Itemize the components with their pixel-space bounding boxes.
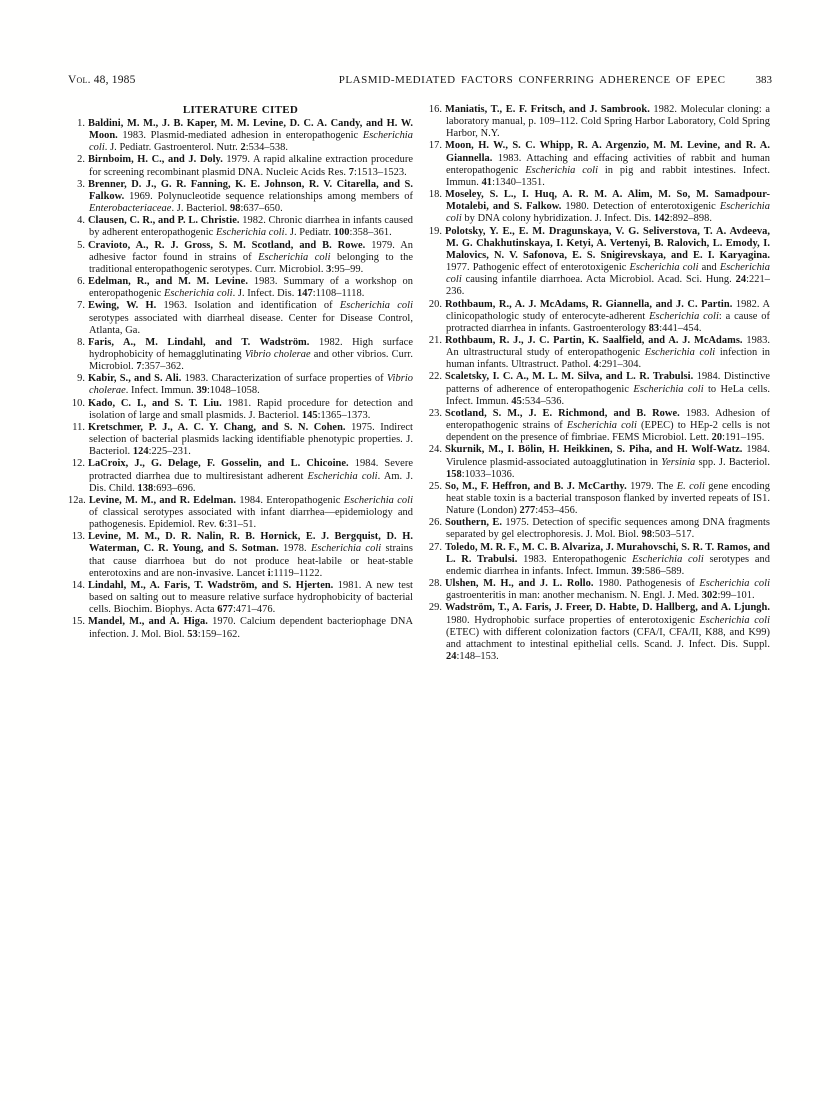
reference-text-segment: Clausen, C. R., and P. L. Christie. [88, 215, 240, 226]
reference-text-segment: :31–51. [224, 519, 256, 530]
reference-item: 17.Moon, H. W., S. C. Whipp, R. A. Argen… [425, 140, 770, 189]
reference-item: 22.Scaletsky, I. C. A., M. L. M. Silva, … [425, 371, 770, 407]
reference-text-segment: . J. Pediatr. Gastroenterol. Nutr. [105, 142, 241, 153]
reference-item: 1.Baldini, M. M., J. B. Kaper, M. M. Lev… [68, 118, 413, 154]
reference-text-segment: . J. Pediatr. [285, 227, 334, 238]
reference-text-segment: Faris, A., M. Lindahl, and T. Wadström. [88, 337, 309, 348]
reference-text-segment: Ulshen, M. H., and J. L. Rollo. [445, 578, 593, 589]
reference-text-segment: Rothbaum, R., A. J. McAdams, R. Giannell… [445, 299, 732, 310]
reference-number: 7. [68, 300, 85, 312]
right-column: 16.Maniatis, T., E. F. Fritsch, and J. S… [425, 104, 770, 663]
reference-text-segment: Birnboim, H. C., and J. Doly. [88, 154, 223, 165]
reference-text-segment: 20 [712, 432, 723, 443]
reference-text-segment: :892–898. [670, 213, 712, 224]
reference-item: 29.Wadström, T., A. Faris, J. Freer, D. … [425, 602, 770, 663]
reference-text-segment: 24 [446, 651, 457, 662]
reference-text-segment: Kabir, S., and S. Ali. [88, 373, 181, 384]
reference-text-segment: 1980. Pathogenesis of [593, 578, 699, 589]
reference-text-segment: 138 [138, 483, 154, 494]
reference-text-segment: Escherichia coli [645, 347, 716, 358]
reference-number: 17. [425, 140, 442, 152]
reference-text-segment: Yersinia [661, 457, 695, 468]
reference-text-segment: :95–99. [331, 264, 363, 275]
reference-text-segment: Vibrio cholerae [245, 349, 311, 360]
reference-text-segment: 1984. Enteropathogenic [236, 495, 344, 506]
reference-text-segment: :159–162. [198, 629, 240, 640]
reference-text-segment: 41 [482, 177, 493, 188]
reference-text-segment: Levine, M. M., and R. Edelman. [89, 495, 236, 506]
reference-text-segment: Escherichia coli [216, 227, 285, 238]
reference-text-segment: :1513–1523. [354, 167, 407, 178]
running-title: PLASMID-MEDIATED FACTORS CONFERRING ADHE… [339, 74, 726, 86]
reference-text-segment: :1365–1373. [318, 410, 371, 421]
reference-number: 25. [425, 481, 442, 493]
reference-text-segment: 1963. Isolation and identification of [156, 300, 340, 311]
reference-text-segment: Rothbaum, R. J., J. C. Partin, K. Saalfi… [445, 335, 743, 346]
reference-number: 23. [425, 408, 442, 420]
reference-text-segment: 158 [446, 469, 462, 480]
reference-number: 22. [425, 371, 442, 383]
reference-text-segment: Ewing, W. H. [88, 300, 156, 311]
reference-text-segment: 277 [520, 505, 536, 516]
reference-text-segment: Escherichia coli [567, 420, 637, 431]
reference-text-segment: E. coli [677, 481, 705, 492]
reference-text-segment: and [699, 262, 720, 273]
reference-text-segment: Escherichia coli [308, 471, 378, 482]
reference-text-segment: 24 [736, 274, 747, 285]
reference-text-segment: Escherichia coli [344, 495, 413, 506]
reference-item: 7.Ewing, W. H. 1963. Isolation and ident… [68, 300, 413, 336]
reference-number: 2. [68, 154, 85, 166]
references-section: LITERATURE CITED 1.Baldini, M. M., J. B.… [68, 104, 770, 663]
reference-text-segment: So, M., F. Heffron, and B. J. McCarthy. [445, 481, 627, 492]
reference-text-segment: Mandel, M., and A. Higa. [88, 616, 208, 627]
journal-page: Vol. 48, 1985 PLASMID-MEDIATED FACTORS C… [0, 0, 830, 1101]
reference-text-segment: . Infect. Immun. [126, 385, 197, 396]
reference-text-segment: 98 [641, 529, 652, 540]
reference-number: 24. [425, 444, 442, 456]
reference-number: 5. [68, 240, 85, 252]
reference-text-segment: (ETEC) with different colonization facto… [446, 627, 770, 650]
reference-item: 12a.Levine, M. M., and R. Edelman. 1984.… [68, 495, 413, 531]
reference-list-right: 16.Maniatis, T., E. F. Fritsch, and J. S… [425, 104, 770, 663]
reference-number: 29. [425, 602, 442, 614]
reference-number: 12. [68, 458, 85, 470]
section-title: LITERATURE CITED [68, 104, 413, 116]
reference-text-segment: Scotland, S. M., J. E. Richmond, and B. … [445, 408, 680, 419]
reference-text-segment: . J. Bacteriol. [171, 203, 230, 214]
reference-item: 5.Cravioto, A., R. J. Gross, S. M. Scotl… [68, 240, 413, 276]
reference-number: 28. [425, 578, 442, 590]
reference-text-segment: 147 [297, 288, 313, 299]
reference-item: 28.Ulshen, M. H., and J. L. Rollo. 1980.… [425, 578, 770, 602]
reference-item: 20.Rothbaum, R., A. J. McAdams, R. Giann… [425, 299, 770, 335]
reference-item: 15.Mandel, M., and A. Higa. 1970. Calciu… [68, 616, 413, 640]
reference-text-segment: :1119–1122. [271, 568, 323, 579]
reference-item: 27.Toledo, M. R. F., M. C. B. Alvariza, … [425, 542, 770, 578]
reference-number: 16. [425, 104, 442, 116]
reference-text-segment: 98 [230, 203, 241, 214]
reference-number: 13. [68, 531, 85, 543]
reference-text-segment: :471–476. [233, 604, 275, 615]
reference-text-segment: 142 [654, 213, 670, 224]
reference-text-segment: Escherichia coli [164, 288, 233, 299]
reference-text-segment: Kretschmer, P. J., A. C. Y. Chang, and S… [88, 422, 346, 433]
reference-text-segment: 1983. Plasmid-mediated adhesion in enter… [118, 130, 363, 141]
reference-number: 10. [68, 398, 85, 410]
reference-text-segment: :291–304. [599, 359, 641, 370]
reference-text-segment: 45 [511, 396, 522, 407]
reference-number: 3. [68, 179, 85, 191]
reference-text-segment: 1980. Hydrophobic surface properties of … [446, 615, 699, 626]
reference-text-segment: :1048–1058. [207, 385, 260, 396]
reference-number: 18. [425, 189, 442, 201]
reference-text-segment: :357–362. [142, 361, 184, 372]
reference-text-segment: 302 [702, 590, 718, 601]
reference-item: 10.Kado, C. I., and S. T. Liu. 1981. Rap… [68, 398, 413, 422]
reference-text-segment: :358–361. [350, 227, 392, 238]
reference-item: 24.Skurnik, M., I. Bölin, H. Heikkinen, … [425, 444, 770, 480]
reference-text-segment: gastroenteritis in man: another mechanis… [446, 590, 702, 601]
reference-number: 26. [425, 517, 442, 529]
reference-text-segment: causing infantile diarrhoea. Acta Microb… [462, 274, 736, 285]
reference-number: 21. [425, 335, 442, 347]
reference-text-segment: Polotsky, Y. E., E. M. Dragunskaya, V. G… [445, 226, 770, 261]
reference-text-segment: :1340–1351. [492, 177, 545, 188]
reference-item: 3.Brenner, D. J., G. R. Fanning, K. E. J… [68, 179, 413, 215]
reference-text-segment: Lindahl, M., A. Faris, T. Wadström, and … [88, 580, 333, 591]
reference-text-segment: Enterobacteriaceae [89, 203, 171, 214]
reference-item: 12.LaCroix, J., G. Delage, F. Gosselin, … [68, 458, 413, 494]
reference-text-segment: Escherichia coli [632, 554, 704, 565]
reference-list-left: 1.Baldini, M. M., J. B. Kaper, M. M. Lev… [68, 118, 413, 641]
page-header: Vol. 48, 1985 PLASMID-MEDIATED FACTORS C… [68, 74, 772, 86]
reference-text-segment: :441–454. [659, 323, 701, 334]
reference-item: 2.Birnboim, H. C., and J. Doly. 1979. A … [68, 154, 413, 178]
reference-text-segment: :1033–1036. [462, 469, 515, 480]
reference-text-segment: Skurnik, M., I. Bölin, H. Heikkinen, S. … [445, 444, 742, 455]
reference-item: 8.Faris, A., M. Lindahl, and T. Wadström… [68, 337, 413, 373]
reference-text-segment: 100 [334, 227, 350, 238]
reference-text-segment: by DNA colony hybridization. J. Infect. … [462, 213, 654, 224]
reference-text-segment: 39 [631, 566, 642, 577]
reference-text-segment: Escherichia coli [699, 578, 770, 589]
reference-item: 16.Maniatis, T., E. F. Fritsch, and J. S… [425, 104, 770, 140]
reference-number: 27. [425, 542, 442, 554]
reference-text-segment: Escherichia coli [340, 300, 413, 311]
reference-text-segment: :693–696. [153, 483, 195, 494]
reference-text-segment: :534–536. [522, 396, 564, 407]
reference-item: 9.Kabir, S., and S. Ali. 1983. Character… [68, 373, 413, 397]
reference-text-segment: . J. Infect. Dis. [233, 288, 297, 299]
reference-text-segment: 124 [133, 446, 149, 457]
reference-number: 11. [68, 422, 85, 434]
reference-text-segment: :148–153. [457, 651, 499, 662]
reference-text-segment: Maniatis, T., E. F. Fritsch, and J. Samb… [445, 104, 650, 115]
reference-item: 6.Edelman, R., and M. M. Levine. 1983. S… [68, 276, 413, 300]
reference-text-segment: 1978. [279, 543, 311, 554]
reference-text-segment: Escherichia coli [699, 615, 770, 626]
reference-number: 1. [68, 118, 85, 130]
reference-text-segment: Scaletsky, I. C. A., M. L. M. Silva, and… [445, 371, 693, 382]
reference-text-segment: Escherichia coli [630, 262, 699, 273]
reference-item: 13.Levine, M. M., D. R. Nalin, R. B. Hor… [68, 531, 413, 580]
reference-text-segment: 145 [302, 410, 318, 421]
reference-text-segment: :1108–1118. [313, 288, 365, 299]
reference-number: 19. [425, 226, 442, 238]
reference-text-segment: 677 [217, 604, 233, 615]
reference-text-segment: 53 [187, 629, 198, 640]
reference-number: 14. [68, 580, 85, 592]
reference-text-segment: Cravioto, A., R. J. Gross, S. M. Scotlan… [88, 240, 365, 251]
reference-text-segment: Edelman, R., and M. M. Levine. [88, 276, 248, 287]
reference-text-segment: Southern, E. [445, 517, 502, 528]
reference-text-segment: 1979. The [627, 481, 677, 492]
reference-number: 6. [68, 276, 85, 288]
reference-number: 4. [68, 215, 85, 227]
reference-item: 23.Scotland, S. M., J. E. Richmond, and … [425, 408, 770, 444]
reference-text-segment: serotypes associated with diarrheal dise… [89, 313, 413, 336]
reference-text-segment: :191–195. [722, 432, 764, 443]
reference-text-segment: :503–517. [652, 529, 694, 540]
reference-text-segment: Wadström, T., A. Faris, J. Freer, D. Hab… [445, 602, 770, 613]
reference-number: 20. [425, 299, 442, 311]
reference-text-segment: 1977. Pathogenic effect of enterotoxigen… [446, 262, 630, 273]
volume-info: Vol. 48, 1985 [68, 74, 136, 86]
reference-item: 14.Lindahl, M., A. Faris, T. Wadström, a… [68, 580, 413, 616]
reference-text-segment: 83 [649, 323, 660, 334]
reference-text-segment: Escherichia coli [258, 252, 330, 263]
reference-text-segment: :637–650. [240, 203, 282, 214]
reference-text-segment: spp. J. Bacteriol. [695, 457, 770, 468]
reference-item: 4.Clausen, C. R., and P. L. Christie. 19… [68, 215, 413, 239]
reference-text-segment: :225–231. [149, 446, 191, 457]
reference-text-segment: Escherichia coli [649, 311, 719, 322]
reference-item: 11.Kretschmer, P. J., A. C. Y. Chang, an… [68, 422, 413, 458]
reference-text-segment: :99–101. [718, 590, 755, 601]
reference-text-segment: Escherichia coli [525, 165, 598, 176]
reference-number: 9. [68, 373, 85, 385]
reference-item: 25.So, M., F. Heffron, and B. J. McCarth… [425, 481, 770, 517]
reference-text-segment: :534–538. [246, 142, 288, 153]
reference-number: 15. [68, 616, 85, 628]
reference-text-segment: Kado, C. I., and S. T. Liu. [88, 398, 222, 409]
reference-item: 21.Rothbaum, R. J., J. C. Partin, K. Saa… [425, 335, 770, 371]
reference-text-segment: 1983. Enteropathogenic [517, 554, 632, 565]
reference-text-segment: :453–456. [535, 505, 577, 516]
reference-item: 26.Southern, E. 1975. Detection of speci… [425, 517, 770, 541]
reference-text-segment: 1969. Polynucleotide sequence relationsh… [124, 191, 413, 202]
reference-item: 19.Polotsky, Y. E., E. M. Dragunskaya, V… [425, 226, 770, 299]
reference-text-segment: Escherichia coli [311, 543, 381, 554]
reference-text-segment: 1983. Characterization of surface proper… [181, 373, 387, 384]
reference-number: 8. [68, 337, 85, 349]
reference-text-segment: Escherichia coli [633, 384, 703, 395]
left-column: LITERATURE CITED 1.Baldini, M. M., J. B.… [68, 104, 413, 663]
reference-text-segment: LaCroix, J., G. Delage, F. Gosselin, and… [88, 458, 349, 469]
reference-text-segment: 1980. Detection of enterotoxigenic [561, 201, 719, 212]
reference-number: 12a. [68, 495, 86, 507]
reference-text-segment: 39 [196, 385, 207, 396]
reference-item: 18.Moseley, S. L., I. Huq, A. R. M. A. A… [425, 189, 770, 225]
page-number: 383 [756, 74, 773, 86]
reference-text-segment: :586–589. [642, 566, 684, 577]
